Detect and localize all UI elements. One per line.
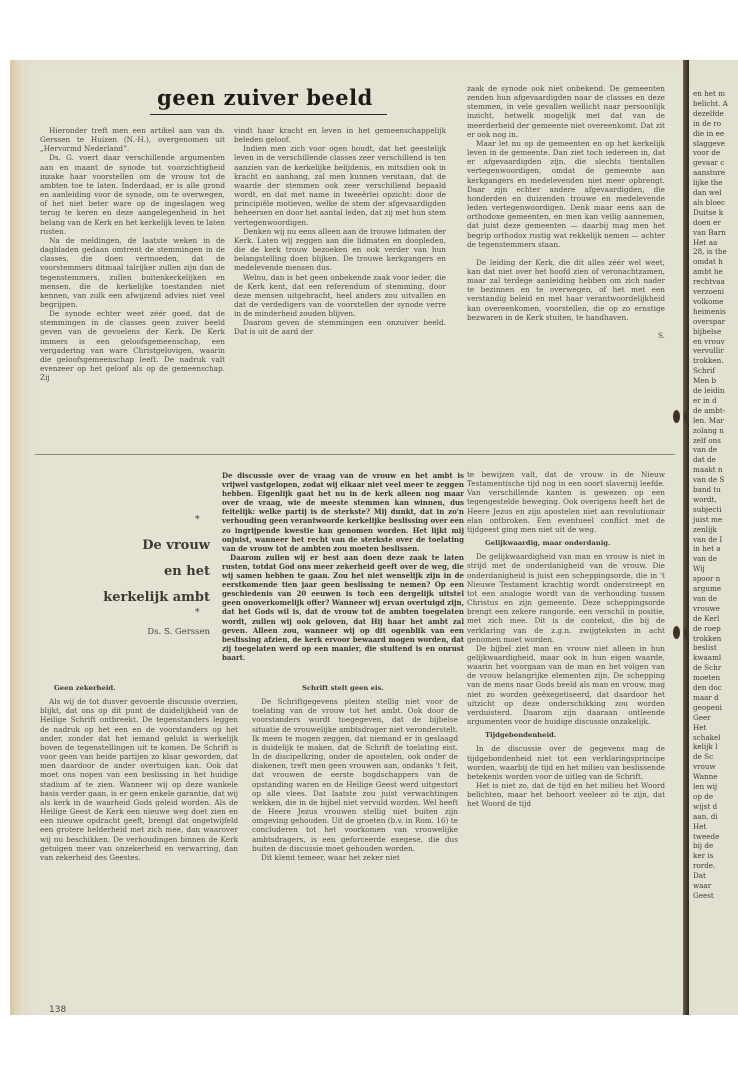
paragraph: Dit klemt temeer, waar het zeker niet bbox=[252, 853, 458, 862]
bottom-column-1: Geen zekerheid. Als wij de tot dusver ge… bbox=[40, 679, 238, 862]
next-page-line: moeten bbox=[693, 673, 720, 682]
next-page-line: len. Mar bbox=[693, 416, 724, 425]
paragraph: De bijbel ziet man en vrouw niet alleen … bbox=[467, 644, 665, 726]
next-page-line: 28, is the bbox=[693, 247, 727, 256]
next-page-line: spoor n bbox=[693, 574, 720, 583]
next-page-line: omdat h bbox=[693, 257, 723, 266]
next-page-line: doen er bbox=[693, 218, 721, 227]
article-intro: De discussie over de vraag van de vrouw … bbox=[222, 471, 464, 662]
next-page-line: wijst d bbox=[693, 802, 717, 811]
paragraph: Daarom geven de stemmingen een onzuiver … bbox=[234, 318, 446, 336]
next-page-line: juist me bbox=[693, 515, 722, 524]
next-page-line: en vrouv bbox=[693, 337, 725, 346]
next-page-line: waar bbox=[693, 881, 711, 890]
next-page-line: maar d bbox=[693, 693, 719, 702]
next-page-line: aansture bbox=[693, 168, 725, 177]
next-page-line: Het aa bbox=[693, 238, 717, 247]
author-byline: Ds. S. Gerssen bbox=[110, 627, 210, 637]
next-page-line: vrouwe bbox=[693, 604, 720, 613]
paragraph: vindt haar kracht en leven in het gemeen… bbox=[234, 126, 446, 144]
next-page-line: en het m bbox=[693, 89, 725, 98]
next-page-line: zenlijk bbox=[693, 525, 717, 534]
binding-hole-icon bbox=[673, 410, 680, 423]
paragraph: Welnu, dan is het geen onbekende zaak vo… bbox=[234, 273, 446, 319]
next-page-line: band tu bbox=[693, 485, 721, 494]
paragraph: Als wij de tot dusver gevoerde discussie… bbox=[40, 697, 238, 862]
next-page-line: als bloec bbox=[693, 198, 725, 207]
intro-paragraph: De discussie over de vraag van de vrouw … bbox=[222, 471, 464, 553]
next-page-line: volkome bbox=[693, 297, 723, 306]
next-page-line: van de bbox=[693, 554, 717, 563]
section-heading: Gelijkwaardig, maar onderdanig. bbox=[485, 539, 665, 548]
next-page-line: de leidin bbox=[693, 386, 725, 395]
next-page-line: kwaaml bbox=[693, 653, 721, 662]
next-page-line: die in ee bbox=[693, 129, 724, 138]
signature: S. bbox=[467, 331, 665, 340]
next-page-line: tweede bbox=[693, 832, 719, 841]
next-page-line: subjecti bbox=[693, 505, 722, 514]
next-page-fragment: en het mbelicht. Adezelfdein de rodie in… bbox=[689, 60, 738, 1015]
next-page-line: ker is bbox=[693, 851, 713, 860]
next-page-line: zelf ons bbox=[693, 436, 721, 445]
next-page-line: ambt he bbox=[693, 267, 723, 276]
paragraph: Indien men zich voor ogen houdt, dat het… bbox=[234, 144, 446, 226]
next-page-line: gevaar c bbox=[693, 158, 724, 167]
paragraph: In de discussie over de gegevens mag de … bbox=[467, 744, 665, 781]
next-page-line: bij de bbox=[693, 841, 713, 850]
next-page-line: wordt, bbox=[693, 495, 717, 504]
section-heading: Schrift stelt geen eis. bbox=[302, 684, 458, 693]
paragraph: De leiding der Kerk, die dit alles zéér … bbox=[467, 258, 665, 322]
next-page-line: aan, di bbox=[693, 812, 718, 821]
page-number: 138 bbox=[49, 1005, 66, 1015]
next-page-line: lijke the bbox=[693, 178, 723, 187]
next-page-line: schakel bbox=[693, 733, 721, 742]
next-page-line: de ambt- bbox=[693, 406, 725, 415]
headline-line-1: De vrouw bbox=[90, 538, 210, 553]
next-page-line: argume bbox=[693, 584, 721, 593]
next-page-line: van de bbox=[693, 594, 717, 603]
next-page-line: slaggeve bbox=[693, 139, 725, 148]
section-heading: Geen zekerheid. bbox=[54, 684, 238, 693]
next-page-line: vervullir bbox=[693, 346, 724, 355]
next-page-line: vrouw bbox=[693, 762, 716, 771]
scan-background bbox=[10, 1015, 738, 1068]
next-page-line: Dat bbox=[693, 871, 706, 880]
top-column-2: vindt haar kracht en leven in het gemeen… bbox=[234, 126, 446, 337]
paragraph: De synode echter weet zéér goed, dat de … bbox=[40, 309, 225, 382]
ornament-star: * bbox=[195, 608, 200, 618]
next-page-line: de Sc bbox=[693, 752, 713, 761]
paragraph: Maar let nu op de gemeenten en op het ke… bbox=[467, 139, 665, 249]
headline-line-2: en het bbox=[90, 564, 210, 579]
next-page-line: belicht. A bbox=[693, 99, 728, 108]
bottom-column-2: Schrift stelt geen eis. De Schriftgegeve… bbox=[252, 679, 458, 862]
section-heading: Tijdgebondenheid. bbox=[485, 731, 665, 740]
next-page-line: er in d bbox=[693, 396, 717, 405]
next-page-line: van de bbox=[693, 445, 717, 454]
next-page-line: overspar bbox=[693, 317, 725, 326]
next-page-line: rechtvaa bbox=[693, 277, 725, 286]
next-page-line: Duitse k bbox=[693, 208, 723, 217]
paragraph: Het is niet zo, dat de tijd en het milie… bbox=[467, 781, 665, 808]
headline-line-3: kerkelijk ambt bbox=[50, 590, 210, 605]
next-page-line: dat de bbox=[693, 455, 716, 464]
paragraph: De Schriftgegevens pleiten stellig niet … bbox=[252, 697, 458, 853]
next-page-line: de Kerl bbox=[693, 614, 719, 623]
next-page-line: maakt n bbox=[693, 465, 723, 474]
next-page-line: trokken. bbox=[693, 356, 724, 365]
next-page-line: Men b bbox=[693, 376, 716, 385]
next-page-line: len wij bbox=[693, 782, 717, 791]
next-page-line: rorde. bbox=[693, 861, 715, 870]
next-page-line: dan wel bbox=[693, 188, 722, 197]
paragraph: zaak de synode ook niet onbekend. De gem… bbox=[467, 84, 665, 139]
paragraph: Denken wij nu eens alleen aan de trouwe … bbox=[234, 227, 446, 273]
next-page-line: in de ro bbox=[693, 119, 721, 128]
next-page-line: de Schr bbox=[693, 663, 721, 672]
next-page-line: bijbelse bbox=[693, 327, 721, 336]
top-column-1: Hieronder treft men een artikel aan van … bbox=[40, 126, 225, 382]
next-page-line: kelijk l bbox=[693, 742, 717, 751]
next-page-line: Het bbox=[693, 822, 706, 831]
title-underline bbox=[150, 114, 387, 115]
next-page-line: verzoeni bbox=[693, 287, 724, 296]
next-page-line: van Barn bbox=[693, 228, 726, 237]
top-column-3: zaak de synode ook niet onbekend. De gem… bbox=[467, 84, 665, 340]
ornament-star: * bbox=[195, 515, 200, 525]
next-page-line: Het bbox=[693, 723, 706, 732]
next-page-line: zolang n bbox=[693, 426, 724, 435]
next-page-line: Geer bbox=[693, 713, 711, 722]
next-page-line: in het a bbox=[693, 544, 721, 553]
next-page-line: de roep bbox=[693, 624, 721, 633]
next-page-line: trokken bbox=[693, 634, 721, 643]
next-page-line: heimenis bbox=[693, 307, 726, 316]
next-page-line: voor de bbox=[693, 148, 720, 157]
next-page-line: beslist bbox=[693, 643, 717, 652]
paragraph: te bewijzen valt, dat de vrouw in de Nie… bbox=[467, 470, 665, 534]
next-page-line: Wanne bbox=[693, 772, 718, 781]
next-page-line: dezelfde bbox=[693, 109, 724, 118]
paragraph: Na de meldingen, de laatste weken in de … bbox=[40, 236, 225, 309]
intro-paragraph: Daarom zullen wij er best aan doen deze … bbox=[222, 553, 464, 662]
bottom-column-3: te bewijzen valt, dat de vrouw in de Nie… bbox=[467, 470, 665, 808]
next-page-line: den doc bbox=[693, 683, 722, 692]
next-page-line: Geest bbox=[693, 891, 714, 900]
next-page-line: Schrif bbox=[693, 366, 715, 375]
next-page-line: geopeni bbox=[693, 703, 722, 712]
next-page-line: Wij bbox=[693, 564, 705, 573]
binding-hole-icon bbox=[673, 626, 680, 639]
page-edge-shadow bbox=[10, 60, 24, 1015]
article-title: geen zuiver beeld bbox=[150, 85, 380, 110]
paragraph: De gelijkwaardigheid van man en vrouw is… bbox=[467, 552, 665, 644]
next-page-line: van de I bbox=[693, 535, 722, 544]
section-divider bbox=[35, 454, 675, 455]
next-page-line: van de S bbox=[693, 475, 724, 484]
next-page-line: op de bbox=[693, 792, 713, 801]
paragraph: Hieronder treft men een artikel aan van … bbox=[40, 126, 225, 153]
paragraph: Ds. G. voert daar verschillende argument… bbox=[40, 153, 225, 235]
